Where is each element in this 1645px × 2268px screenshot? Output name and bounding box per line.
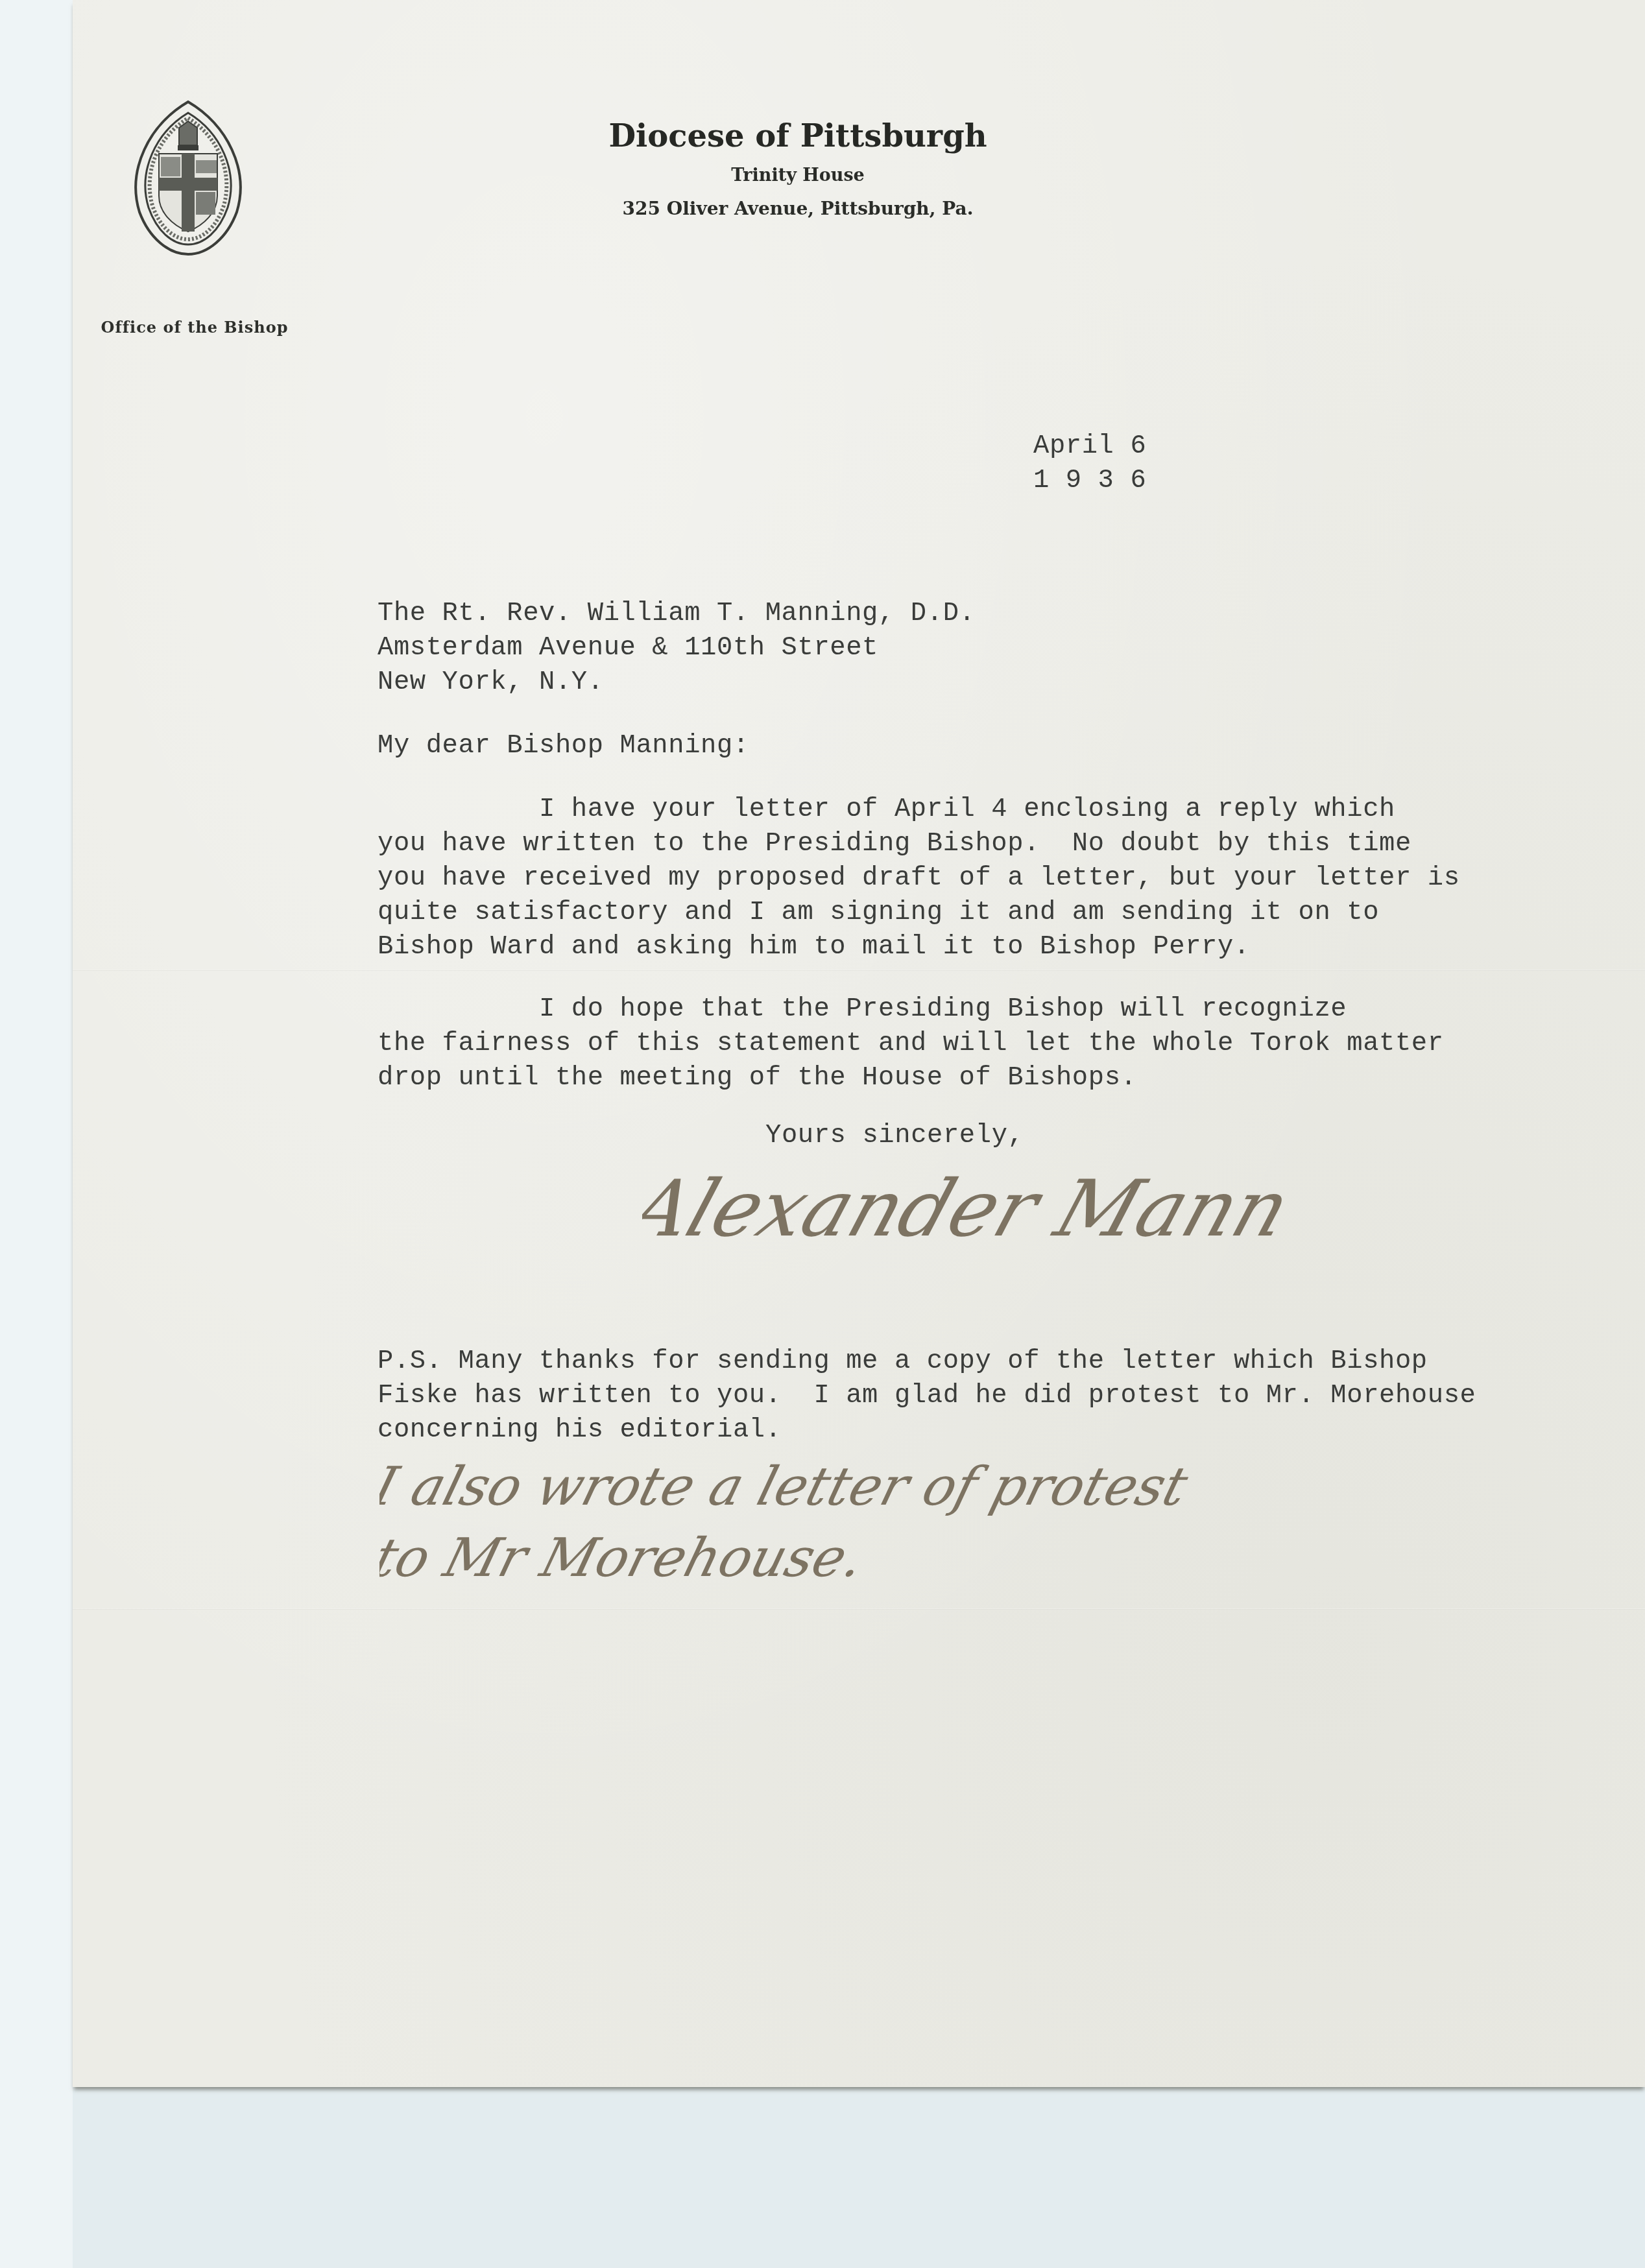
recipient-name: The Rt. Rev. William T. Manning, D.D.: [378, 597, 975, 631]
signature: Alexander Mann: [642, 1145, 1408, 1268]
paragraph-line: I do hope that the Presiding Bishop will…: [378, 992, 1444, 1027]
postscript-line: concerning his editorial.: [378, 1413, 1476, 1448]
fold-line: [73, 970, 1645, 971]
salutation: My dear Bishop Manning:: [378, 729, 749, 763]
diocesan-seal-icon: [123, 99, 253, 257]
recipient-city: New York, N.Y.: [378, 665, 975, 700]
signature-text: Alexander Mann: [642, 1164, 1301, 1254]
handwritten-note: I also wrote a letter of protest to Mr M…: [379, 1446, 1521, 1595]
date-year: 1 9 3 6: [1033, 464, 1146, 498]
paragraph-2: I do hope that the Presiding Bishop will…: [378, 992, 1444, 1095]
paragraph-line: I have your letter of April 4 enclosing …: [378, 793, 1460, 827]
scanner-bed-left: [0, 0, 73, 2268]
letterhead-address: 325 Oliver Avenue, Pittsburgh, Pa.: [571, 198, 1025, 219]
handwritten-line: I also wrote a letter of protest: [379, 1455, 1194, 1517]
letter-date: April 61 9 3 6: [1033, 429, 1146, 498]
letterhead-subtitle: Trinity House: [571, 165, 1025, 185]
office-label: Office of the Bishop: [97, 318, 292, 337]
postscript: P.S. Many thanks for sending me a copy o…: [378, 1344, 1476, 1448]
paragraph-line: drop until the meeting of the House of B…: [378, 1061, 1444, 1095]
paragraph-1: I have your letter of April 4 enclosing …: [378, 793, 1460, 964]
paragraph-line: Bishop Ward and asking him to mail it to…: [378, 930, 1460, 964]
paragraph-line: you have received my proposed draft of a…: [378, 861, 1460, 896]
recipient-street: Amsterdam Avenue & 110th Street: [378, 631, 975, 665]
recipient-address: The Rt. Rev. William T. Manning, D.D.Ams…: [378, 597, 975, 700]
date-line: April 6: [1033, 429, 1146, 464]
paragraph-line: you have written to the Presiding Bishop…: [378, 827, 1460, 861]
paragraph-line: quite satisfactory and I am signing it a…: [378, 896, 1460, 930]
postscript-line: Fiske has written to you. I am glad he d…: [378, 1379, 1476, 1413]
paragraph-line: the fairness of this statement and will …: [378, 1027, 1444, 1061]
postscript-line: P.S. Many thanks for sending me a copy o…: [378, 1344, 1476, 1379]
handwritten-line: to Mr Morehouse.: [379, 1527, 871, 1588]
fold-line: [73, 1608, 1645, 1610]
letterhead-title: Diocese of Pittsburgh: [571, 118, 1025, 154]
